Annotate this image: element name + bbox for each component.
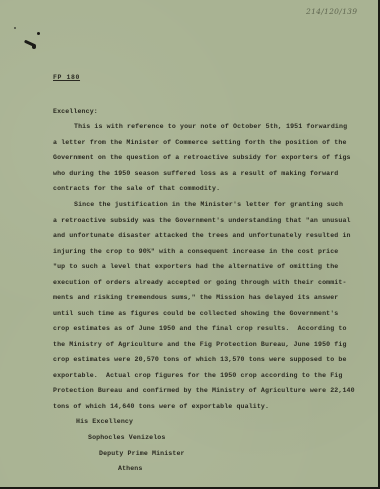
body-line: injuring the crop to 90%" with a consequ… [53, 247, 338, 256]
body-line: Government on the question of a retroact… [53, 153, 351, 162]
body-line: until such time as figures could be coll… [53, 309, 338, 318]
addressee-title: His Excellency [76, 417, 133, 426]
salutation: Excellency: [53, 107, 98, 116]
body-line: contracts for the sale of that commodity… [53, 184, 220, 193]
body-line: who during the 1950 season suffered loss… [53, 169, 338, 178]
body-line: crop estimates were 20,570 tons of which… [53, 355, 347, 364]
body-line: the Ministry of Agriculture and the Fig … [53, 340, 347, 349]
body-line: execution of orders already accepted or … [53, 278, 347, 287]
document-page: 214/120/139 FP 180 Excellency: This is w… [0, 0, 378, 487]
archive-reference: 214/120/139 [306, 7, 357, 16]
body-line: tons of which 14,640 tons were of export… [53, 402, 269, 411]
ink-speck [14, 27, 16, 29]
body-line: ments and risking tremendous sums," the … [53, 293, 338, 302]
body-line: exportable. Actual crop figures for the … [53, 371, 342, 380]
body-line: "up to such a level that exporters had t… [53, 262, 338, 271]
body-line: crop estimates as of June 1950 and the f… [53, 324, 347, 333]
body-line: a letter from the Minister of Commerce s… [53, 138, 347, 147]
body-line: Since the justification in the Minister'… [74, 200, 343, 209]
addressee-position: Deputy Prime Minister [99, 449, 185, 458]
body-line: a retroactive subsidy was the Government… [53, 216, 351, 225]
reference-number: FP 180 [53, 74, 80, 81]
ink-speck [37, 32, 40, 35]
body-line: This is with reference to your note of O… [74, 122, 347, 131]
addressee-city: Athens [118, 464, 142, 473]
ink-mark [32, 44, 36, 49]
addressee-name: Sophocles Venizelos [88, 433, 165, 442]
body-line: and unfortunate disaster attacked the tr… [53, 231, 351, 240]
body-line: Protection Bureau and confirmed by the M… [53, 386, 355, 395]
